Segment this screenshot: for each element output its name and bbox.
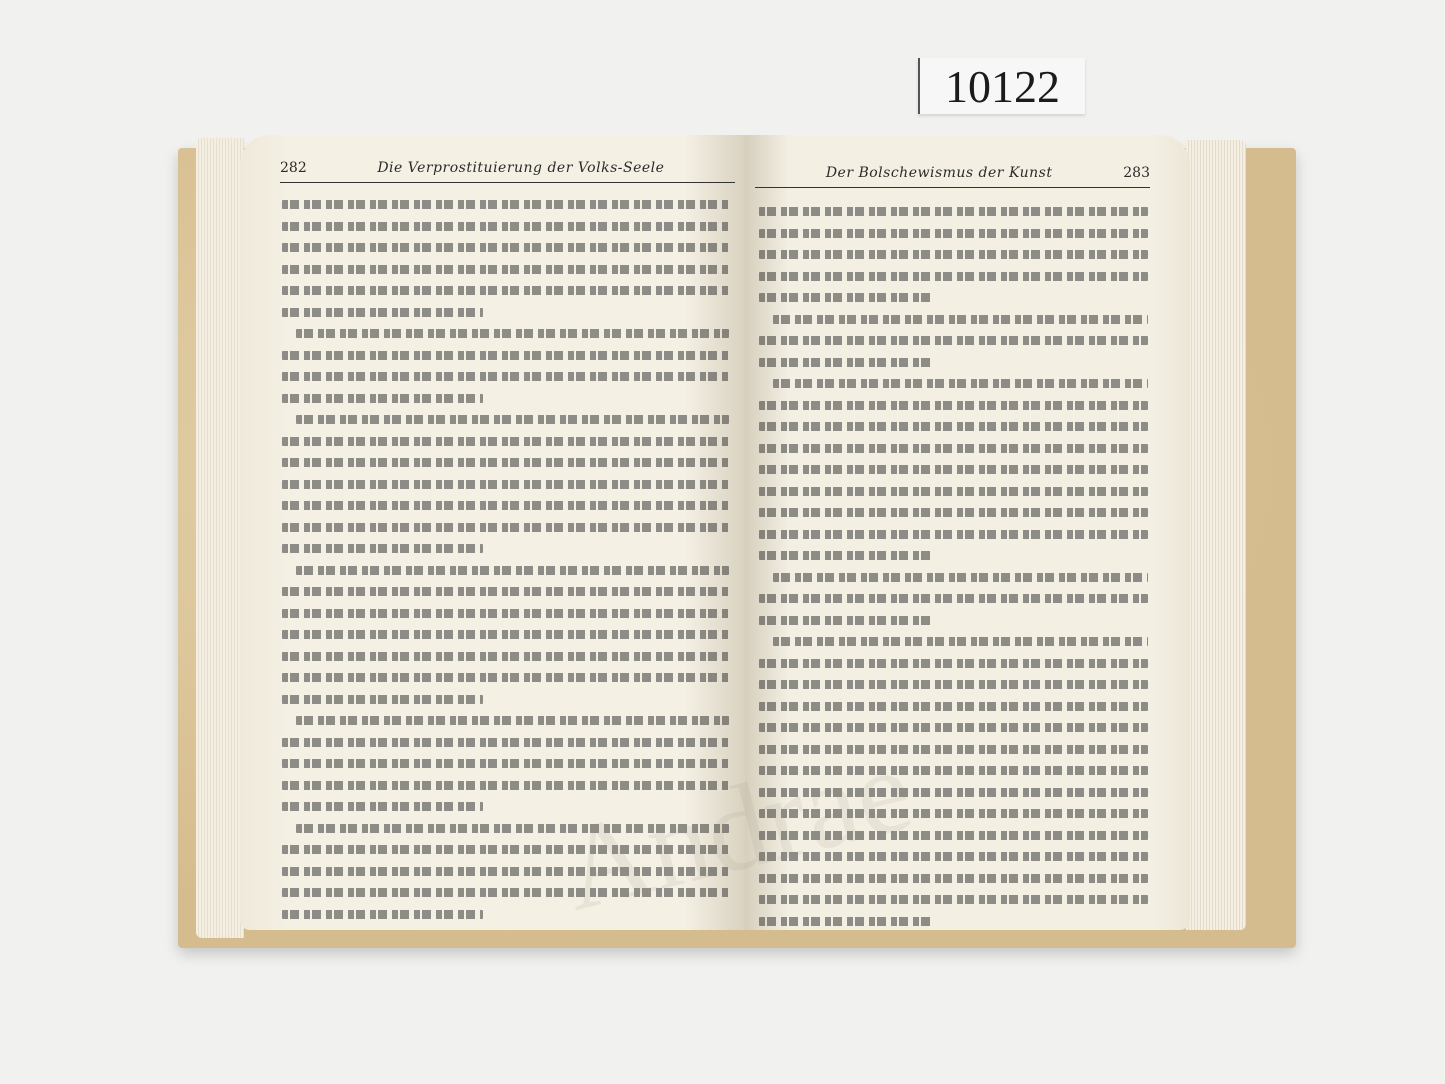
text-line [773,315,1148,324]
text-line [282,738,729,747]
right-page: Der Bolschewismus der Kunst 283 [745,135,1190,930]
text-line [282,480,729,489]
text-line [282,630,729,639]
left-chapter-title: Die Verprostituierung der Volks-Seele [307,160,735,176]
text-line [759,702,1148,711]
page-edges-left [196,138,244,938]
text-line [296,415,729,424]
text-line [759,895,1148,904]
text-line [296,566,729,575]
text-line [759,444,1148,453]
text-line [296,716,729,725]
text-line [759,465,1148,474]
text-line [282,265,729,274]
text-line [282,544,483,553]
text-line [759,766,1148,775]
text-line [759,788,1148,797]
left-body-text [282,200,729,931]
text-line [282,200,729,209]
text-line [773,637,1148,646]
text-line [296,824,729,833]
right-body-text [759,207,1148,938]
text-line [759,422,1148,431]
text-line [759,293,934,302]
paragraph [282,329,729,403]
paragraph [282,566,729,704]
text-line [282,222,729,231]
paragraph [759,637,1148,926]
left-page: 282 Die Verprostituierung der Volks-Seel… [240,135,745,930]
paragraph [759,379,1148,560]
right-page-number: 283 [1123,165,1150,181]
text-line [282,781,729,790]
text-line [759,207,1148,216]
right-chapter-title: Der Bolschewismus der Kunst [755,165,1123,181]
text-line [282,652,729,661]
paragraph [282,415,729,553]
text-line [282,372,729,381]
text-line [282,286,729,295]
text-line [759,250,1148,259]
text-line [759,551,934,560]
paragraph [759,315,1148,367]
text-line [759,745,1148,754]
text-line [282,501,729,510]
text-line [296,329,729,338]
text-line [759,680,1148,689]
left-running-head: 282 Die Verprostituierung der Volks-Seel… [280,160,735,183]
text-line [282,845,729,854]
text-line [759,659,1148,668]
paragraph [282,200,729,317]
text-line [282,308,483,317]
text-line [759,530,1148,539]
inventory-number-label: 10122 [918,58,1085,114]
text-line [282,609,729,618]
text-line [759,809,1148,818]
text-line [759,594,1148,603]
text-line [282,587,729,596]
text-line [282,695,483,704]
text-line [759,831,1148,840]
text-line [282,523,729,532]
left-page-number: 282 [280,160,307,176]
text-line [759,487,1148,496]
text-line [282,243,729,252]
text-line [282,394,483,403]
inventory-number: 10122 [945,60,1060,113]
text-line [759,229,1148,238]
text-line [282,867,729,876]
text-line [759,852,1148,861]
right-running-head: Der Bolschewismus der Kunst 283 [755,165,1150,188]
text-line [759,508,1148,517]
text-line [759,723,1148,732]
paragraph [282,716,729,811]
text-line [759,336,1148,345]
paragraph [759,573,1148,625]
text-line [759,874,1148,883]
text-line [282,437,729,446]
text-line [759,917,934,926]
text-line [282,888,729,897]
text-line [282,910,483,919]
text-line [759,401,1148,410]
paragraph [282,824,729,919]
text-line [759,358,934,367]
text-line [759,616,934,625]
text-line [282,759,729,768]
text-line [282,673,729,682]
text-line [773,573,1148,582]
text-line [282,802,483,811]
text-line [282,351,729,360]
text-line [773,379,1148,388]
text-line [759,272,1148,281]
page-edges-right [1186,140,1246,930]
text-line [282,458,729,467]
paragraph [759,207,1148,302]
